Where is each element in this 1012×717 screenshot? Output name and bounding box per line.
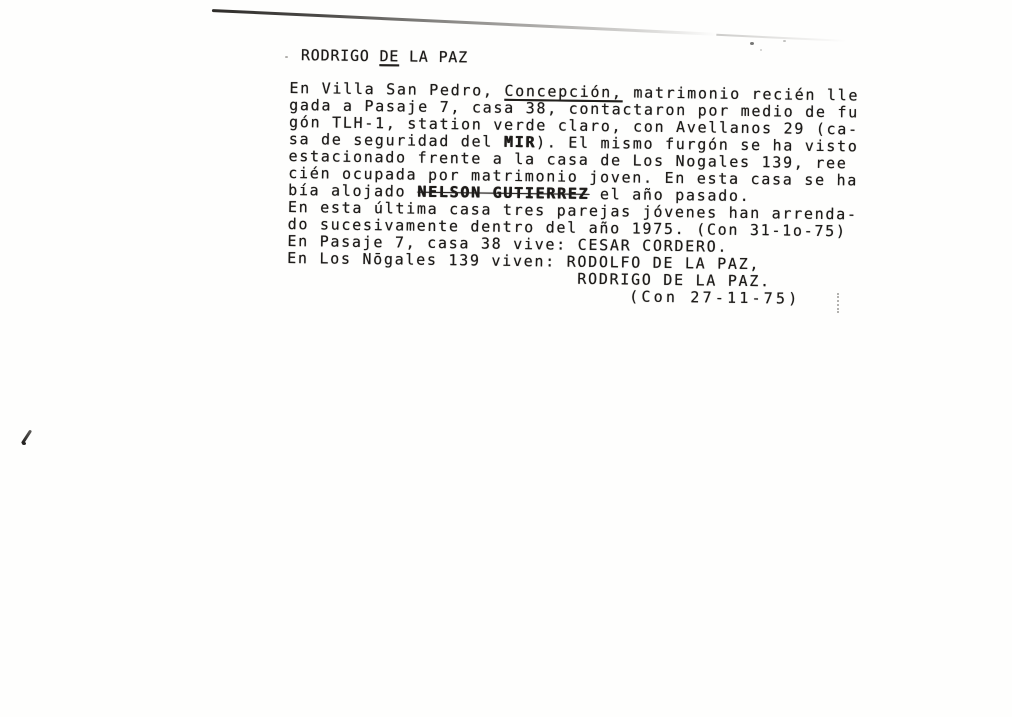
text-segment: LA PAZ <box>399 47 468 66</box>
scan-speck <box>750 42 754 45</box>
text-segment: RODRIGO <box>301 46 380 65</box>
scan-speck <box>783 40 786 42</box>
text-segment: MIR <box>504 133 536 151</box>
scanned-document-page: RODRIGO DE LA PAZ En Villa San Pedro, Co… <box>0 0 1012 717</box>
scan-streak-tail <box>716 34 846 42</box>
scan-streak <box>212 9 717 36</box>
scan-speck <box>285 56 288 58</box>
document-body: En Villa San Pedro, Concepción, matrimon… <box>287 80 930 309</box>
scan-streak-main <box>212 9 717 36</box>
handwritten-pen-mark-dot <box>22 442 26 445</box>
document-text-block: RODRIGO DE LA PAZ En Villa San Pedro, Co… <box>287 47 930 309</box>
scan-speck <box>760 49 762 51</box>
text-segment: DE <box>379 47 399 65</box>
